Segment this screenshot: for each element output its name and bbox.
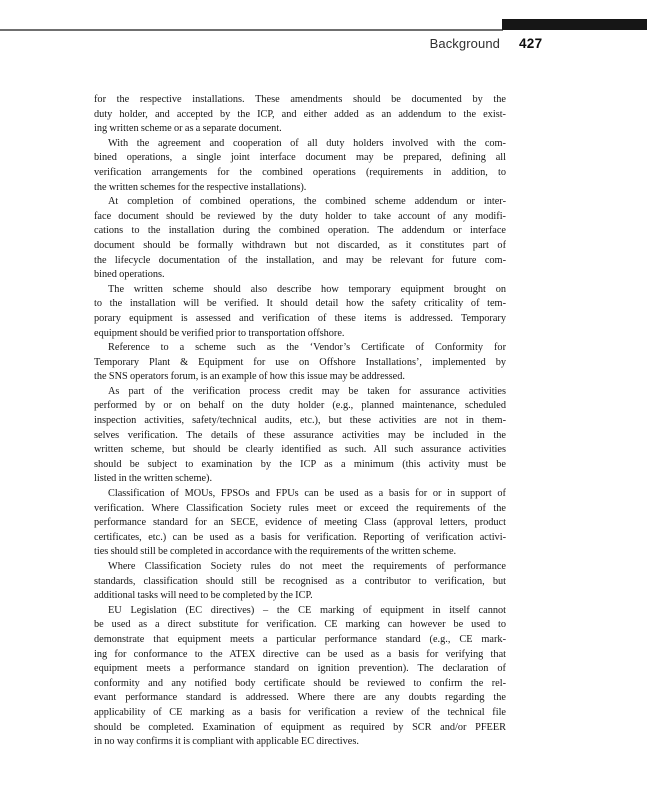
text-line: Where Classification Society rules do no… xyxy=(94,560,506,575)
text-line: Temporary Plant & Equipment for use on O… xyxy=(94,356,506,371)
text-line: porary equipment is assessed and verific… xyxy=(94,312,506,327)
paragraph: Reference to a scheme such as the ‘Vendo… xyxy=(94,341,506,385)
paragraph: At completion of combined operations, th… xyxy=(94,195,506,283)
text-line: ing written scheme or as a separate docu… xyxy=(94,122,506,137)
text-line: EU Legislation (EC directives) – the CE … xyxy=(94,604,506,619)
text-line: cations to the installation during the c… xyxy=(94,224,506,239)
text-line: equipment should be verified prior to tr… xyxy=(94,327,506,342)
text-line: applicability of CE marking as a basis f… xyxy=(94,706,506,721)
text-line: As part of the verification process cred… xyxy=(94,385,506,400)
text-line: ing for conformance to the ATEX directiv… xyxy=(94,648,506,663)
paragraph: As part of the verification process cred… xyxy=(94,385,506,487)
text-line: be used as a direct substitute for verif… xyxy=(94,618,506,633)
text-line: bined operations, a single joint interfa… xyxy=(94,151,506,166)
text-line: bined operations. xyxy=(94,268,506,283)
text-line: listed in the written scheme). xyxy=(94,472,506,487)
text-line: standards, classification should still b… xyxy=(94,575,506,590)
text-line: additional tasks will need to be complet… xyxy=(94,589,506,604)
text-line: demonstrate that equipment meets a parti… xyxy=(94,633,506,648)
text-line: The written scheme should also describe … xyxy=(94,283,506,298)
text-line: performance standard for an SECE, eviden… xyxy=(94,516,506,531)
text-line: to the installation will be verified. It… xyxy=(94,297,506,312)
text-line: evant performance standard is addressed.… xyxy=(94,691,506,706)
text-line: the written schemes for the respective i… xyxy=(94,181,506,196)
paragraph: Classification of MOUs, FPSOs and FPUs c… xyxy=(94,487,506,560)
header-rule xyxy=(0,29,503,31)
text-line: At completion of combined operations, th… xyxy=(94,195,506,210)
text-line: verification. Where Classification Socie… xyxy=(94,502,506,517)
paragraph: for the respective installations. These … xyxy=(94,93,506,137)
paragraph: The written scheme should also describe … xyxy=(94,283,506,341)
text-line: verification arrangements for the combin… xyxy=(94,166,506,181)
book-page: Background 427 for the respective instal… xyxy=(0,0,647,800)
page-number: 427 xyxy=(519,36,542,51)
paragraph: EU Legislation (EC directives) – the CE … xyxy=(94,604,506,750)
header-black-bar xyxy=(502,19,647,30)
text-line: written scheme, but should be clearly id… xyxy=(94,443,506,458)
text-line: certificates, etc.) can be used as a bas… xyxy=(94,531,506,546)
text-line: the SNS operators forum, is an example o… xyxy=(94,370,506,385)
text-line: performed by or on behalf on the duty ho… xyxy=(94,399,506,414)
text-line: should be subject to examination by the … xyxy=(94,458,506,473)
text-line: conformity and any notified body certifi… xyxy=(94,677,506,692)
text-line: Reference to a scheme such as the ‘Vendo… xyxy=(94,341,506,356)
text-line: ties should still be completed in accord… xyxy=(94,545,506,560)
text-line: should be completed. Examination of equi… xyxy=(94,721,506,736)
section-title: Background xyxy=(430,36,500,51)
paragraph: With the agreement and cooperation of al… xyxy=(94,137,506,195)
text-line: the lifecycle documentation of the insta… xyxy=(94,254,506,269)
text-line: selves verification. The details of thes… xyxy=(94,429,506,444)
text-line: inspection activities, safety/technical … xyxy=(94,414,506,429)
body-text: for the respective installations. These … xyxy=(94,93,506,750)
text-line: face document should be reviewed by the … xyxy=(94,210,506,225)
text-line: Classification of MOUs, FPSOs and FPUs c… xyxy=(94,487,506,502)
text-line: for the respective installations. These … xyxy=(94,93,506,108)
text-line: equipment meets a performance standard o… xyxy=(94,662,506,677)
text-line: With the agreement and cooperation of al… xyxy=(94,137,506,152)
paragraph: Where Classification Society rules do no… xyxy=(94,560,506,604)
text-line: document should be formally withdrawn bu… xyxy=(94,239,506,254)
text-line: duty holder, and accepted by the ICP, an… xyxy=(94,108,506,123)
text-line: in no way confirms it is compliant with … xyxy=(94,735,506,750)
